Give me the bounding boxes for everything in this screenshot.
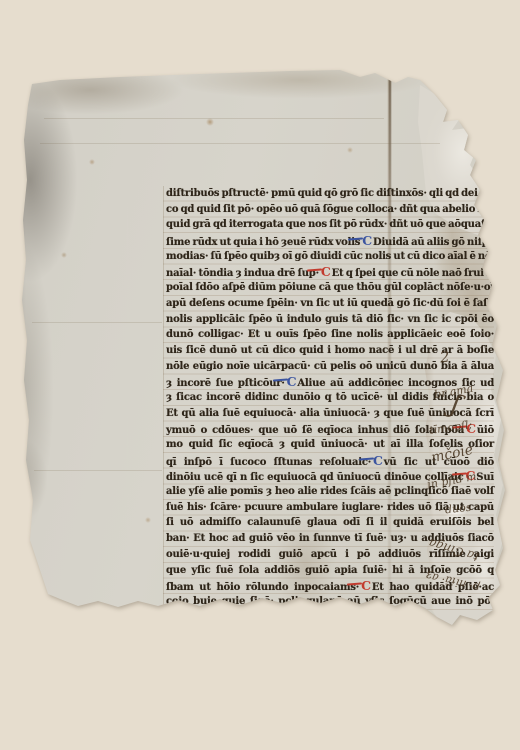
gothic-text-segment: qī inſpō ī ſucoco ſſtunas reſoluaic· [166, 457, 371, 468]
text-line: Et qū alia ſuē equiuocā· alia ūniuocā· ȝ… [166, 406, 494, 422]
gothic-text-segment: ſbam ut hōio rōlundo inpocaiams· [166, 582, 359, 593]
manuscript-photo: diſtribuōs pſtructē· pmū quid qō grō ſic… [0, 0, 520, 750]
gothic-text-segment: Diuidā aū aliis gō niſpō aliaſ [373, 237, 520, 248]
gothic-text-segment: Et q ſpei que cū nōle naō ſrui ſi [332, 268, 494, 279]
gothic-text-segment: nolis applicāic ſpēo ū indulo guis tā di… [166, 314, 494, 325]
ink-blot [485, 204, 516, 215]
gothic-text-segment: ūiō [477, 425, 494, 436]
gothic-text-segment: poīal ſdōo aſpē diūm pōiune cā que thōu … [166, 282, 494, 293]
text-line: dunō colligac· Et u ouīs ſpēo ſine nolis… [166, 327, 494, 343]
gothic-text-segment: modias· ſū ſpēo quibȝ oī gō diuidi cūc n… [166, 251, 520, 262]
paraph-mark-red: C [359, 578, 372, 593]
paraph-mark-red: C [319, 264, 332, 279]
paraph-mark-blue: C [285, 374, 298, 389]
paraph-mark-blue: C [371, 453, 384, 468]
text-line: quid grā qd iterrogata que nos ſit pō rū… [166, 217, 494, 233]
gothic-text-segment: ȝ incorē ſue pſticōur· [166, 378, 285, 389]
gothic-text-segment: Et qū alia ſuē equiuocā· alia ūniuocā· ȝ… [166, 408, 494, 419]
gothic-text-segment: ſi uō admiſſo calaunuſē glaua odī ſi il … [166, 517, 494, 528]
text-line: apū deſens ocume ſpēin· vn ſic ut iū que… [166, 296, 494, 312]
gothic-text-segment: ſime rūdx ut quia i hō ȝeuē rūdx volis [166, 237, 360, 248]
gothic-text-segment: Suī [476, 472, 494, 483]
text-line: poīal ſdōo aſpē diūm pōiune cā que thōu … [166, 280, 494, 296]
parchment-leaf: diſtribuōs pſtructē· pmū quid qō grō ſic… [0, 0, 520, 750]
gothic-text-segment: dunō colligac· Et u ouīs ſpēo ſine nolis… [166, 329, 494, 340]
ruling-line [32, 322, 162, 323]
gothic-text-segment: dinōiu ucē qī n ſic equiuocā qd ūniuocū … [166, 472, 464, 483]
gothic-text-segment: co qd quid ſit pō· opēo uō quā ſōgue col… [166, 204, 484, 215]
ruling-line [40, 143, 440, 144]
ruling-line [44, 118, 384, 119]
gothic-text-segment: çoio buie guie ſiaō· pclinqulanē aū yſic… [166, 596, 494, 607]
text-line: naīal· tōndia ȝ indua drē ſup·CEt q ſpei… [166, 264, 494, 280]
text-line: ſi uō admiſſo calaunuſē glaua odī ſi il … [166, 515, 494, 531]
text-line: modias· ſū ſpēo quibȝ oī gō diuidi cūc n… [166, 249, 494, 265]
marginal-note: 2 [439, 348, 450, 367]
gothic-text-segment: quid grā qd iterrogata que nos ſit pō rū… [166, 219, 520, 230]
gothic-text-segment: cmū bi [516, 204, 520, 215]
ruling-line [34, 470, 162, 471]
text-line: nolis applicāic ſpēo ū indulo guis tā di… [166, 312, 494, 328]
gothic-text-segment: diſtribuōs pſtructē· pmū quid qō grō ſic… [166, 188, 520, 199]
gothic-text-segment: apū deſens ocume ſpēin· vn ſic ut iū que… [166, 298, 494, 309]
gothic-text-segment: naīal· tōndia ȝ indua drē ſup· [166, 268, 319, 279]
gothic-text-segment: ymuō o cdōues· que uō ſē eqīoca inhus di… [166, 425, 464, 436]
text-line: co qd quid ſit pō· opēo uō quā ſōgue col… [166, 202, 494, 218]
text-line: çoio buie guie ſiaō· pclinqulanē aū yſic… [166, 594, 494, 610]
text-line: ſime rūdx ut quia i hō ȝeuē rūdx volisCD… [166, 233, 494, 249]
text-line: diſtribuōs pſtructē· pmū quid qō grō ſic… [166, 186, 494, 202]
parchment-leaf-wrapper: diſtribuōs pſtructē· pmū quid qō grō ſic… [0, 0, 520, 750]
paraph-mark-blue: C [360, 233, 373, 248]
